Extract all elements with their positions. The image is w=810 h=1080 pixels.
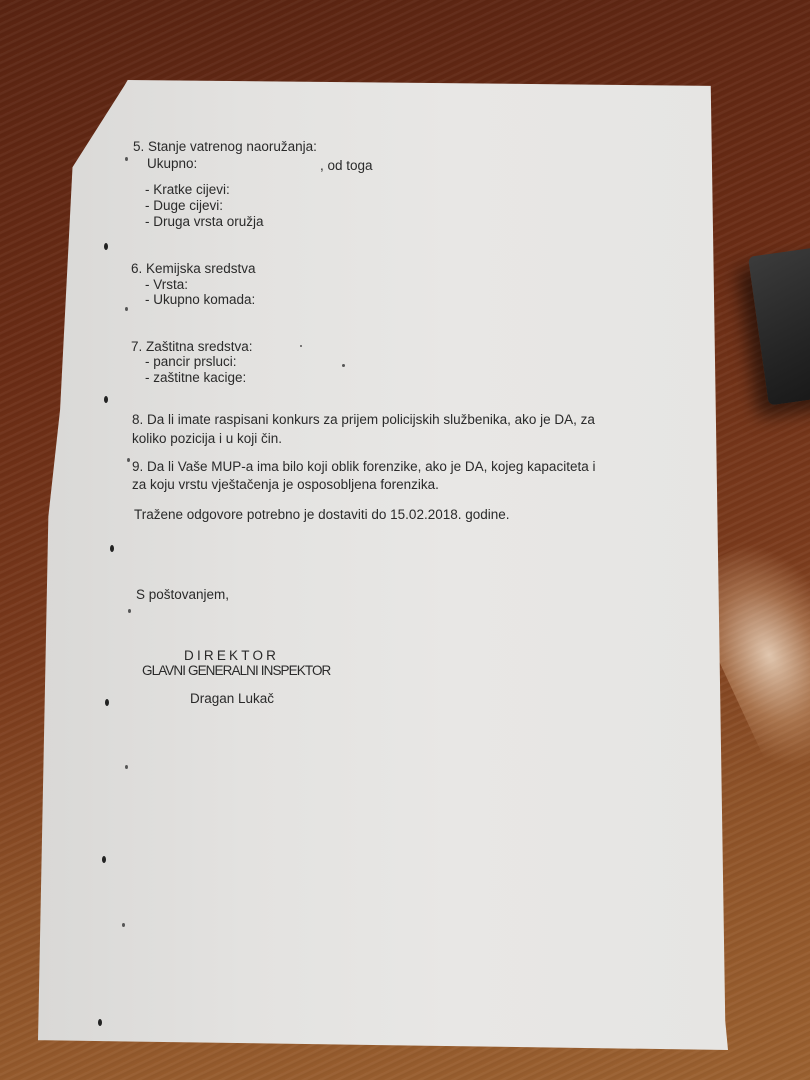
section5-total-suffix: , od toga xyxy=(320,157,373,175)
print-mark xyxy=(102,856,106,863)
section9-line1: 9. Da li Vaše MUP-a ima bilo koji oblik … xyxy=(132,458,595,476)
print-mark xyxy=(122,923,125,927)
section5-item-long-barrels: - Duge cijevi: xyxy=(145,197,223,215)
section6-title: 6. Kemijska sredstva xyxy=(131,260,256,278)
speck xyxy=(300,345,302,347)
document-page xyxy=(38,80,728,1050)
dark-device-on-desk xyxy=(748,244,810,405)
print-mark xyxy=(104,396,108,403)
print-mark xyxy=(98,1019,102,1026)
signature-title: GLAVNI GENERALNI INSPEKTOR xyxy=(142,662,330,680)
print-mark xyxy=(125,157,128,161)
section7-item-vests: - pancir prsluci: xyxy=(145,353,237,371)
print-mark xyxy=(125,307,128,311)
deadline-text: Tražene odgovore potrebno je dostaviti d… xyxy=(134,506,510,524)
print-mark xyxy=(127,458,130,462)
section5-item-short-barrels: - Kratke cijevi: xyxy=(145,181,230,199)
signature-name: Dragan Lukač xyxy=(190,690,274,708)
print-mark xyxy=(125,765,128,769)
closing-salutation: S poštovanjem, xyxy=(136,586,229,604)
section7-item-helmets: - zaštitne kacige: xyxy=(145,369,246,387)
print-mark xyxy=(104,243,108,250)
print-mark xyxy=(110,545,114,552)
section9-line2: za koju vrstu vještačenja je osposobljen… xyxy=(132,476,439,494)
print-mark xyxy=(128,609,131,613)
print-mark xyxy=(105,699,109,706)
section8-line2: koliko pozicija i u koji čin. xyxy=(132,430,282,448)
speck xyxy=(342,364,345,367)
section8-line1: 8. Da li imate raspisani konkurs za prij… xyxy=(132,411,595,429)
section5-total-label: Ukupno: xyxy=(147,155,197,173)
section6-item-count: - Ukupno komada: xyxy=(145,291,255,309)
section5-item-other-weapons: - Druga vrsta oružja xyxy=(145,213,264,231)
section5-title: 5. Stanje vatrenog naoružanja: xyxy=(133,138,317,156)
